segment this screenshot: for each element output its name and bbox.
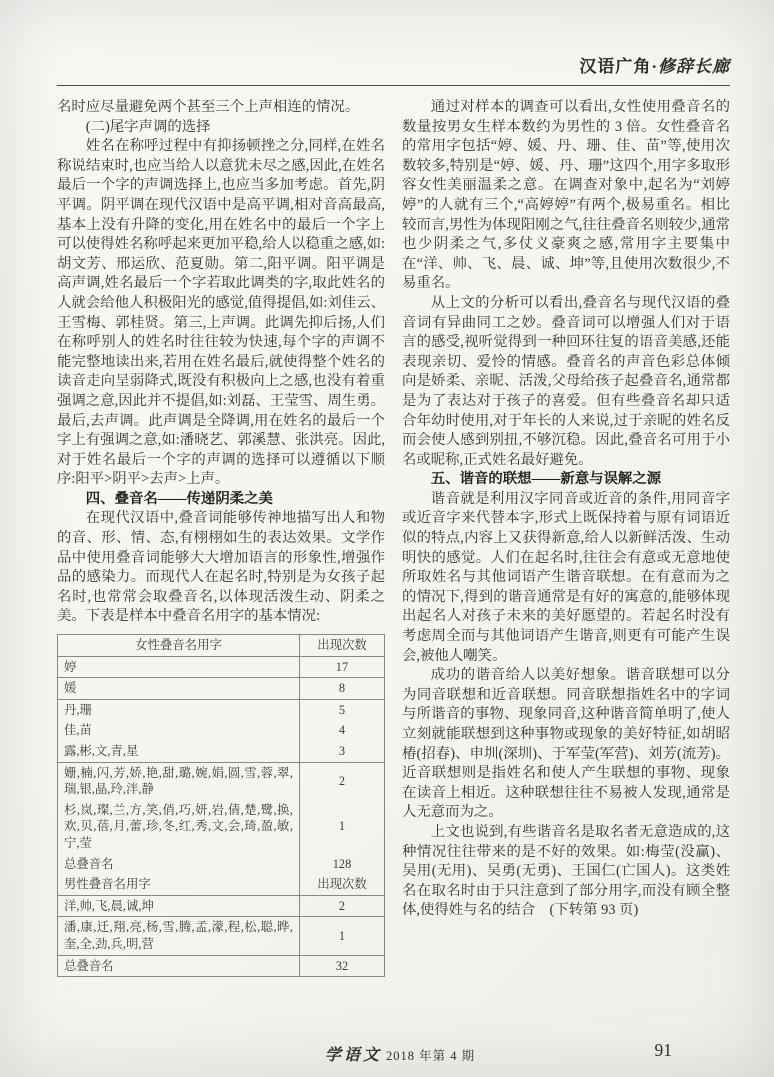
chars-cell: 总叠音名 — [58, 955, 300, 977]
chars-cell: 媛 — [58, 678, 300, 700]
column-header: 汉语广角·修辞长廊 — [57, 56, 730, 78]
table-row: 姗,楠,闪,芳,娇,艳,甜,璐,婉,娟,圆,雪,蓉,翠,瑞,银,晶,玲,泮,静 … — [58, 762, 385, 800]
count-cell: 128 — [300, 854, 385, 875]
chars-cell: 露,彬,文,青,星 — [58, 741, 300, 762]
section-heading-4: 四、叠音名——传递阴柔之美 — [57, 490, 385, 510]
paragraph-unintended: 上文也说到,有些谐音名是取名者无意造成的,这种情况往往带来的是不好的效果。如:梅… — [402, 823, 730, 921]
count-cell: 1 — [300, 800, 385, 854]
paragraph-success: 成功的谐音给人以美好想象。谐音联想可以分为同音联想和近音联想。同音联想指姓名中的… — [402, 666, 730, 823]
header-cell-count: 出现次数 — [300, 874, 385, 895]
table-row: 丹,珊 5 — [58, 699, 385, 720]
sub-heading-tail-tone: (二)尾字声调的选择 — [57, 118, 385, 138]
table-row: 露,彬,文,青,星 3 — [58, 741, 385, 762]
table-row: 佳,苗 4 — [58, 720, 385, 741]
header-cell-male-chars: 男性叠音名用字 — [58, 874, 300, 895]
count-cell: 5 — [300, 699, 385, 720]
left-column: 名时应尽量避免两个甚至三个上声相连的情况。 (二)尾字声调的选择 姓名在称呼过程… — [57, 98, 385, 977]
paragraph-analysis: 从上文的分析可以看出,叠音名与现代汉语的叠音词有异曲同工之妙。叠音词可以增强人们… — [402, 294, 730, 470]
chars-cell: 洋,帅,飞,晨,诚,坤 — [58, 895, 300, 917]
table-row: 杉,岚,璨,兰,方,笑,俏,巧,妍,岩,倩,楚,鹭,换,欢,贝,蓓,月,蕾,珍,… — [58, 800, 385, 854]
table-header-row: 女性叠音名用字 出现次数 — [58, 635, 385, 657]
paragraph-tone-choice: 姓名在称呼过程中有抑扬顿挫之分,同样,在姓名称说结束时,也应当给人以意犹未尽之感… — [57, 137, 385, 490]
paragraph-homophone: 谐音就是利用汉字同音或近音的条件,用同音字或近音字来代替本字,形式上既保持着与原… — [402, 490, 730, 666]
table-row-male-total: 总叠音名 32 — [58, 955, 385, 977]
page-content: 汉语广角·修辞长廊 名时应尽量避免两个甚至三个上声相连的情况。 (二)尾字声调的… — [57, 56, 730, 977]
chars-cell: 丹,珊 — [58, 699, 300, 720]
journal-name: 学语文 — [325, 1047, 382, 1064]
column-title-script: 修辞长廊 — [658, 57, 730, 76]
count-cell: 2 — [300, 895, 385, 917]
count-cell: 2 — [300, 762, 385, 800]
count-cell: 8 — [300, 678, 385, 700]
table-row: 洋,帅,飞,晨,诚,坤 2 — [58, 895, 385, 917]
table-row: 潘,康,迁,翔,亮,杨,雪,腾,孟,濛,程,松,聪,晔,奎,全,劲,兵,明,营 … — [58, 917, 385, 955]
table-row: 婷 17 — [58, 656, 385, 678]
table-row-female-total: 总叠音名 128 — [58, 854, 385, 875]
scanned-journal-page: 汉语广角·修辞长廊 名时应尽量避免两个甚至三个上声相连的情况。 (二)尾字声调的… — [0, 0, 774, 1077]
count-cell: 4 — [300, 720, 385, 741]
paragraph-continued: 名时应尽量避免两个甚至三个上声相连的情况。 — [57, 98, 385, 118]
chars-cell: 潘,康,迁,翔,亮,杨,雪,腾,孟,濛,程,松,聪,晔,奎,全,劲,兵,明,营 — [58, 917, 300, 955]
chars-cell: 婷 — [58, 656, 300, 678]
footer-journal-info: 学语文 2018 年第 4 期 — [114, 1042, 686, 1065]
chars-cell: 杉,岚,璨,兰,方,笑,俏,巧,妍,岩,倩,楚,鹭,换,欢,贝,蓓,月,蕾,珍,… — [58, 800, 300, 854]
header-rule — [57, 85, 730, 86]
chars-cell: 总叠音名 — [58, 854, 300, 875]
two-column-body: 名时应尽量避免两个甚至三个上声相连的情况。 (二)尾字声调的选择 姓名在称呼过程… — [57, 98, 730, 977]
header-cell-count: 出现次数 — [300, 635, 385, 657]
right-column: 通过对样本的调查可以看出,女性使用叠音名的数量按男女生样本数约为男性的 3 倍。… — [402, 98, 730, 977]
issue-info: 2018 年第 4 期 — [386, 1049, 475, 1063]
count-cell: 3 — [300, 741, 385, 762]
paragraph-survey: 通过对样本的调查可以看出,女性使用叠音名的数量按男女生样本数约为男性的 3 倍。… — [402, 98, 730, 294]
reduplicated-name-stats-table: 女性叠音名用字 出现次数 婷 17 媛 8 丹,珊 — [57, 634, 385, 977]
chars-cell: 佳,苗 — [58, 720, 300, 741]
paragraph-reduplication: 在现代汉语中,叠音词能够传神地描写出人和物的音、形、情、态,有栩栩如生的表达效果… — [57, 509, 385, 627]
count-cell: 1 — [300, 917, 385, 955]
count-cell: 32 — [300, 955, 385, 977]
page-number: 91 — [655, 1040, 673, 1061]
table-row: 媛 8 — [58, 678, 385, 700]
page-footer: 学语文 2018 年第 4 期 91 — [114, 1042, 686, 1072]
count-cell: 17 — [300, 656, 385, 678]
column-title-regular: 汉语广角· — [579, 57, 658, 76]
chars-cell: 姗,楠,闪,芳,娇,艳,甜,璐,婉,娟,圆,雪,蓉,翠,瑞,银,晶,玲,泮,静 — [58, 762, 300, 800]
header-cell-female-chars: 女性叠音名用字 — [58, 635, 300, 657]
table-male-header-row: 男性叠音名用字 出现次数 — [58, 874, 385, 895]
section-heading-5: 五、谐音的联想——新意与误解之源 — [402, 470, 730, 490]
